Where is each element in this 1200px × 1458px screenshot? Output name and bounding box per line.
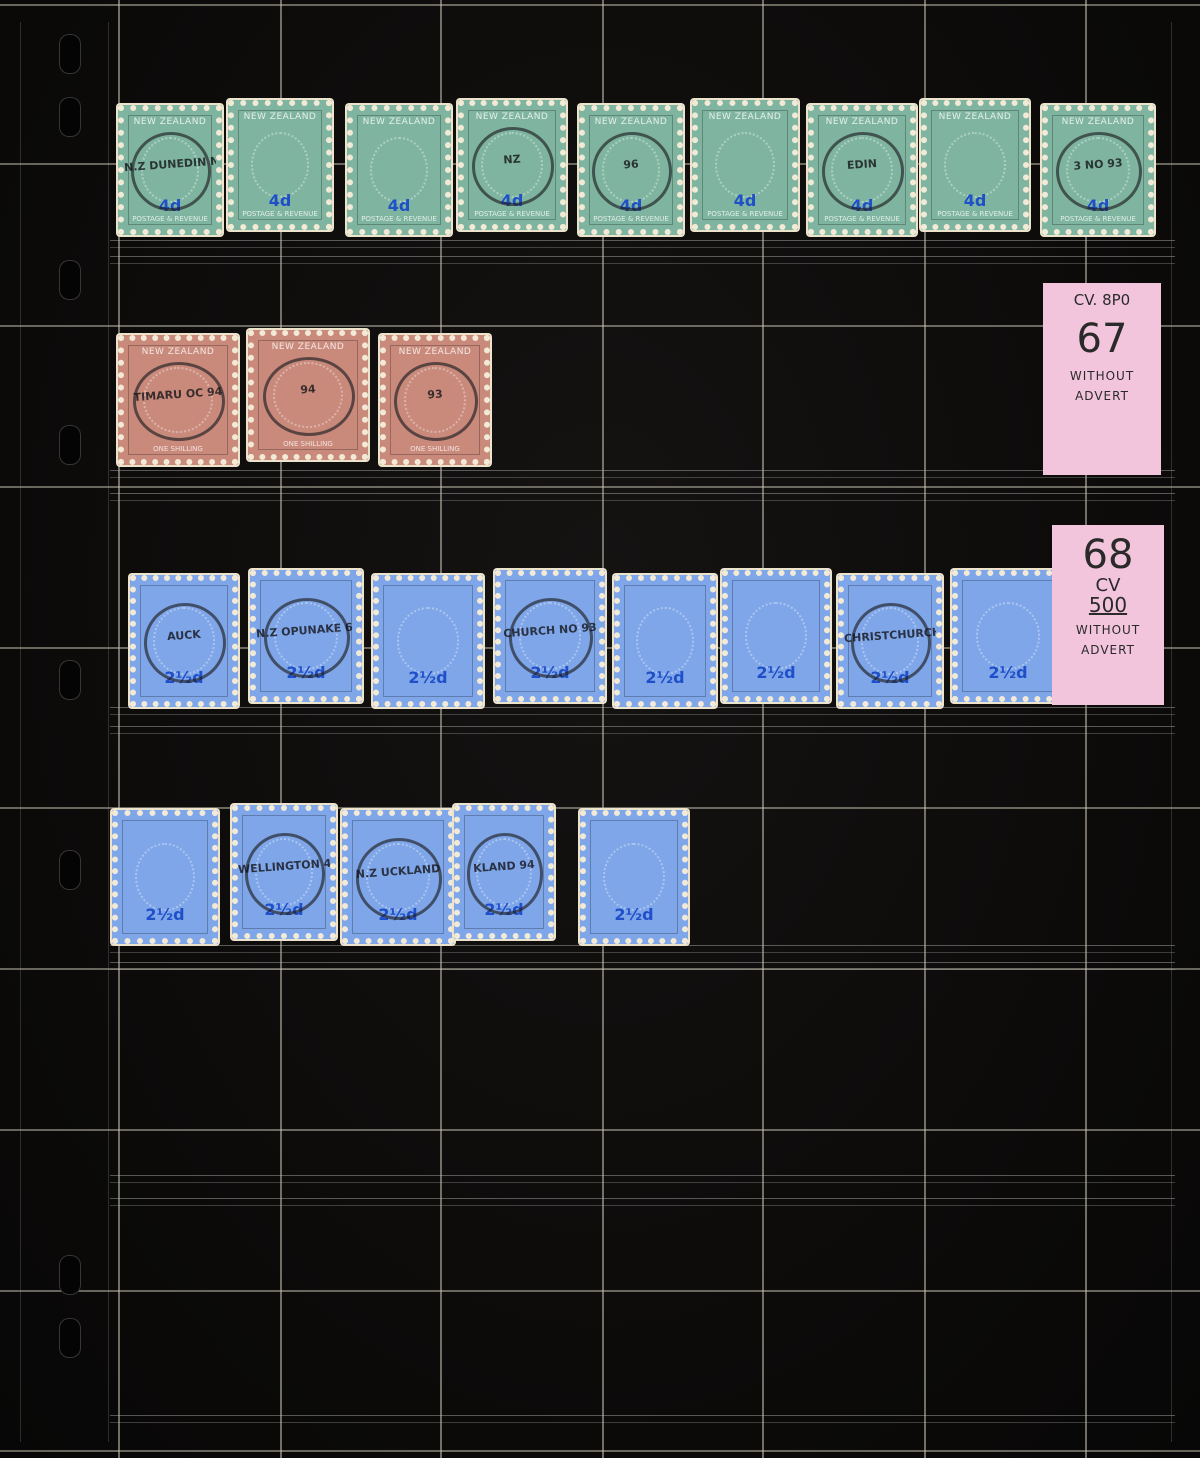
stamp-top-label: NEW ZEALAND [124,347,232,357]
stamp-top-label: NEW ZEALAND [814,117,910,127]
stamp-bottom-label: POSTAGE & REVENUE [124,215,216,223]
strip-edge [110,1415,1175,1423]
strip-edge [110,256,1175,264]
stamp: NEW ZEALANDONE SHILLING93 [380,335,490,465]
stamp: NEW ZEALAND4dPOSTAGE & REVENUEEDIN [808,105,916,235]
stamp: 2½d [373,575,483,707]
stamp-bottom-label: POSTAGE & REVENUE [814,215,910,223]
stamp: 2½dAUCK [130,575,238,707]
stock-page: NEW ZEALAND4dPOSTAGE & REVENUEN.Z DUNEDI… [0,0,1200,1458]
stamp-bottom-label: POSTAGE & REVENUE [927,210,1023,218]
binder-hole [59,660,81,700]
binder-hole [59,1318,81,1358]
stamp: NEW ZEALANDONE SHILLING94 [248,330,368,460]
portrait-oval [603,843,664,911]
stamp: 2½d [614,575,716,707]
strip-edge [110,962,1175,970]
stamp: 2½dN.Z UCKLAND [342,810,454,944]
stamp: 2½dKLAND 94 [454,805,554,939]
note-cv-value: 500 [1052,595,1164,615]
stamp: 2½d [112,810,218,944]
stamp: NEW ZEALAND4dPOSTAGE & REVENUE96 [579,105,683,235]
stamp-top-label: NEW ZEALAND [1048,117,1148,127]
stamp: 2½d [722,570,830,702]
gridline [0,4,1200,6]
stamp: 2½dCHURCH NO 93 [495,570,605,702]
stamp-top-label: NEW ZEALAND [254,342,362,352]
stamp: NEW ZEALAND4dPOSTAGE & REVENUE [228,100,332,230]
stamp-top-label: NEW ZEALAND [353,117,445,127]
portrait-oval [251,132,310,198]
stamp-top-label: NEW ZEALAND [386,347,484,357]
stamp-bottom-label: ONE SHILLING [386,445,484,453]
strip-edge [110,945,1175,953]
stamp-top-label: NEW ZEALAND [124,117,216,127]
stamp: 2½dCHRISTCHURCH 93 [838,575,942,707]
note-number: 67 [1043,317,1161,361]
stamp: 2½d [580,810,688,944]
stamp-bottom-label: POSTAGE & REVENUE [585,215,677,223]
stamp-value: 2½d [586,905,682,924]
binder-margin [28,22,109,1442]
portrait-oval [636,607,694,674]
stamp: NEW ZEALAND4dPOSTAGE & REVENUE [921,100,1029,230]
stamp-top-label: NEW ZEALAND [927,112,1023,122]
portrait-oval [715,132,775,198]
binder-hole [59,97,81,137]
portrait-oval [397,607,460,674]
gridline [0,1450,1200,1452]
note-cv: CV. 8P0 [1043,291,1161,309]
stamp-bottom-label: POSTAGE & REVENUE [464,210,560,218]
stamp: NEW ZEALAND4dPOSTAGE & REVENUEN.Z DUNEDI… [118,105,222,235]
binder-hole [59,850,81,890]
stamp-value: 4d [698,191,792,210]
note-number: 68 [1052,533,1164,577]
binder-hole [59,425,81,465]
note-without: WITHOUT [1052,623,1164,637]
stamp: NEW ZEALAND4dPOSTAGE & REVENUE [692,100,798,230]
portrait-oval [745,602,806,669]
stamp-value: 4d [927,191,1023,210]
portrait-oval [370,137,429,203]
stamp-bottom-label: POSTAGE & REVENUE [698,210,792,218]
strip-edge [110,1198,1175,1206]
stamp-value: 2½d [728,663,824,682]
stamp-top-label: NEW ZEALAND [698,112,792,122]
portrait-oval [135,843,195,911]
note-68: 68 CV 500 WITHOUT ADVERT [1052,525,1164,705]
stamp-bottom-label: POSTAGE & REVENUE [1048,215,1148,223]
stamp-top-label: NEW ZEALAND [464,112,560,122]
stamp: 2½d [952,570,1064,702]
binder-hole [59,34,81,74]
stamp-value: 2½d [620,668,710,687]
strip-edge [110,240,1175,248]
stamp-value: 2½d [958,663,1058,682]
stamp: 2½dN.Z OPUNAKE 6 DE 93 [250,570,362,702]
strip-edge [110,1175,1175,1183]
note-without: WITHOUT [1043,369,1161,383]
strip-edge [110,470,1175,478]
stamp: 2½dWELLINGTON 4 OC 94 N.Z [232,805,336,939]
stamp: NEW ZEALANDONE SHILLINGTIMARU OC 94 [118,335,238,465]
stamp-value: 4d [353,196,445,215]
strip-edge [110,707,1175,715]
binder-hole [59,1255,81,1295]
stamp-bottom-label: ONE SHILLING [124,445,232,453]
portrait-oval [944,132,1005,198]
note-67: CV. 8P0 67 WITHOUT ADVERT [1043,283,1161,475]
binder-hole [59,260,81,300]
stamp-top-label: NEW ZEALAND [234,112,326,122]
stamp-top-label: NEW ZEALAND [585,117,677,127]
stamp: NEW ZEALAND4dPOSTAGE & REVENUE3 NO 93 [1042,105,1154,235]
stamp-value: 4d [234,191,326,210]
stamp-bottom-label: POSTAGE & REVENUE [234,210,326,218]
stamp-value: 2½d [118,905,212,924]
stamp-bottom-label: POSTAGE & REVENUE [353,215,445,223]
note-advert: ADVERT [1043,389,1161,403]
stamp-value: 2½d [379,668,477,687]
note-advert: ADVERT [1052,643,1164,657]
strip-edge [110,726,1175,734]
stamp: NEW ZEALAND4dPOSTAGE & REVENUENZ [458,100,566,230]
stamp-bottom-label: ONE SHILLING [254,440,362,448]
stamp: NEW ZEALAND4dPOSTAGE & REVENUE [347,105,451,235]
strip-edge [110,493,1175,501]
portrait-oval [976,602,1040,669]
